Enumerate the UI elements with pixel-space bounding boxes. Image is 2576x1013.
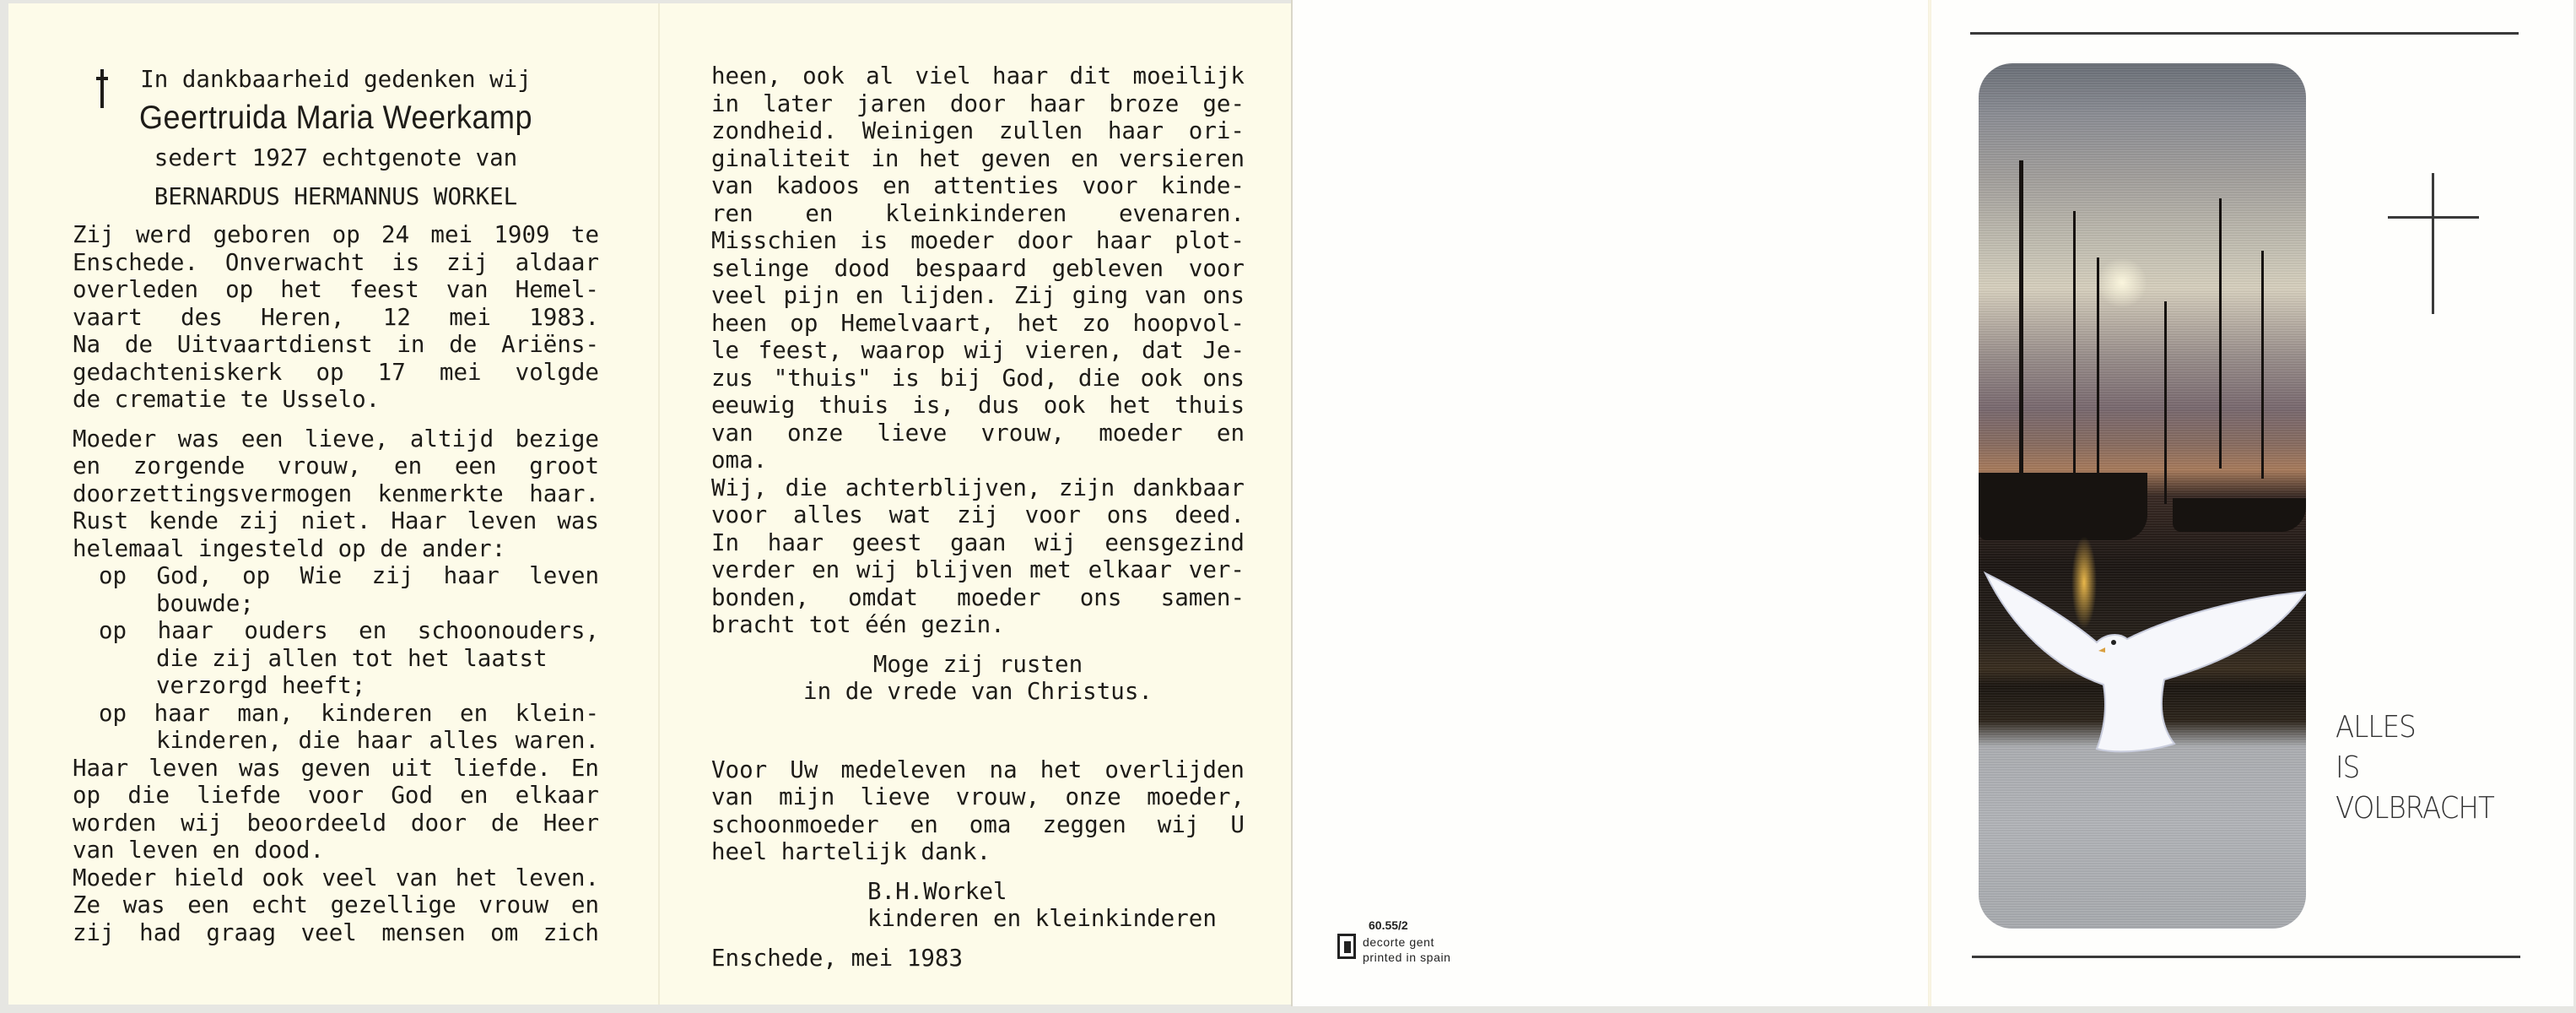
sun: [2097, 257, 2147, 308]
signature-line: kinderen en kleinkinderen: [711, 905, 1245, 933]
boat-hull: [1979, 473, 2147, 540]
text-line: heen op Hemelvaart, het zo hoopvol-: [711, 310, 1245, 338]
list-item-line: op haar man, kinderen en klein-: [73, 700, 599, 728]
mast: [2097, 257, 2099, 477]
text-line: Wij, die achterblijven, zijn dankbaar: [711, 474, 1245, 502]
text-line: heen, ook al viel haar dit moeilijk: [711, 62, 1245, 90]
text-line: verder en wij blijven met elkaar ver-: [711, 556, 1245, 584]
panel-middle-text: heen, ook al viel haar dit moeilijkin la…: [711, 62, 1245, 972]
intro-row: In dankbaarheid gedenken wij: [73, 62, 599, 96]
printer-code: 60.55/2: [1369, 918, 1408, 932]
top-rule: [1970, 32, 2519, 35]
biography-paragraph: Zij werd geboren op 24 mei 1909 teEnsche…: [73, 221, 599, 414]
text-line: le feest, waarop wij vieren, dat Je-: [711, 337, 1245, 365]
text-line: doorzettingsvermogen kenmerkte haar.: [73, 480, 599, 508]
mast: [2073, 211, 2076, 490]
character-paragraph: Moeder was een lieve, altijd bezigeen zo…: [73, 425, 599, 563]
motto-line: VOLBRACHT: [2336, 788, 2494, 829]
list-item-line: kinderen, die haar alles waren.: [73, 727, 599, 755]
text-line: zondheid. Weinigen zullen haar ori-: [711, 117, 1245, 145]
text-line: van mijn lieve vrouw, onze moeder,: [711, 783, 1245, 811]
list-item-line: die zij allen tot het laatst: [73, 645, 599, 673]
motto: ALLES IS VOLBRACHT: [2336, 707, 2494, 829]
list-item-line: op God, op Wie zij haar leven: [73, 562, 599, 590]
text-line: selinge dood bespaard gebleven voor: [711, 255, 1245, 283]
text-line: Ze was een echt gezellige vrouw en: [73, 891, 599, 919]
text-line: heel hartelijk dank.: [711, 838, 1245, 866]
text-line: van leven en dood.: [73, 837, 599, 864]
bottom-rule: [1972, 956, 2520, 958]
text-line: Rust kende zij niet. Haar leven was: [73, 507, 599, 535]
cover-photo: [1979, 63, 2306, 929]
text-line: overleden op het feest van Hemel-: [73, 276, 599, 304]
blessing: Moge zij rustenin de vrede van Christus.: [711, 651, 1245, 706]
text-line: in later jaren door haar broze ge-: [711, 90, 1245, 118]
marriage-line: sedert 1927 echtgenote van: [73, 138, 599, 177]
continuation-paragraph: heen, ook al viel haar dit moeilijkin la…: [711, 62, 1245, 639]
panel-left-text: In dankbaarheid gedenken wij Geertruida …: [73, 62, 599, 946]
signature-line: B.H.Workel: [711, 878, 1245, 906]
list-item-line: bouwde;: [73, 590, 599, 618]
text-line: van onze lieve vrouw, moeder en: [711, 420, 1245, 447]
cross-icon: [2388, 173, 2479, 314]
text-line: veel pijn en lijden. Zij ging van ons: [711, 282, 1245, 310]
devotion-list: op God, op Wie zij haar levenbouwde;op h…: [73, 562, 599, 755]
text-line: worden wij beoordeeld door de Heer: [73, 810, 599, 837]
text-line: schoonmoeder en oma zeggen wij U: [711, 811, 1245, 839]
text-line: en zorgende vrouw, en een groot: [73, 452, 599, 480]
text-line: voor alles wat zij voor ons deed.: [711, 501, 1245, 529]
deceased-name: Geertruida Maria Weerkamp: [73, 95, 599, 140]
text-line: Haar leven was geven uit liefde. En: [73, 755, 599, 783]
intro-text: In dankbaarheid gedenken wij: [140, 66, 532, 93]
mast: [2219, 198, 2222, 469]
boat-hull: [2173, 498, 2306, 532]
mast: [2164, 301, 2167, 504]
text-line: Misschien is moeder door haar plot-: [711, 227, 1245, 255]
text-line: op die liefde voor God en elkaar: [73, 782, 599, 810]
text-line: Na de Uitvaartdienst in de Ariëns-: [73, 331, 599, 359]
text-line: gedachteniskerk op 17 mei volgde: [73, 359, 599, 387]
text-line: ren en kleinkinderen evenaren.: [711, 200, 1245, 228]
text-line: Enschede. Onverwacht is zij aldaar: [73, 249, 599, 277]
thanks-paragraph: Voor Uw medeleven na het overlijdenvan m…: [711, 756, 1245, 866]
printer-origin: printed in spain: [1363, 951, 1451, 964]
text-line: zus "thuis" is bij God, die ook ons: [711, 365, 1245, 393]
signature: B.H.Workelkinderen en kleinkinderen: [711, 878, 1245, 933]
mast: [2019, 160, 2023, 506]
list-item-line: op haar ouders en schoonouders,: [73, 617, 599, 645]
text-line: eeuwig thuis is, dus ook het thuis: [711, 392, 1245, 420]
text-line: helemaal ingesteld op de ander:: [73, 535, 599, 563]
place-date: Enschede, mei 1983: [711, 945, 1245, 972]
motto-line: IS: [2336, 748, 2494, 788]
text-line: van kadoos en attenties voor kinde-: [711, 172, 1245, 200]
printer-name: decorte gent: [1363, 935, 1434, 949]
inner-spread: In dankbaarheid gedenken wij Geertruida …: [8, 3, 1291, 1005]
text-line: Moeder hield ook veel van het leven.: [73, 864, 599, 892]
text-line: zij had graag veel mensen om zich: [73, 919, 599, 947]
text-line: oma.: [711, 447, 1245, 474]
text-line: Voor Uw medeleven na het overlijden: [711, 756, 1245, 784]
text-line: Zij werd geboren op 24 mei 1909 te: [73, 221, 599, 249]
outer-spread: 60.55/2 decorte gent printed in spain AL…: [1291, 0, 2573, 1006]
text-line: In haar geest gaan wij eensgezind: [711, 529, 1245, 557]
text-line: bracht tot één gezin.: [711, 611, 1245, 639]
fold-line: [1928, 0, 1931, 1006]
text-line: Moge zij rusten: [711, 651, 1245, 679]
list-item-line: verzorgd heeft;: [73, 672, 599, 700]
text-line: ginaliteit in het geven en versieren: [711, 145, 1245, 173]
fold-line: [658, 3, 660, 1005]
text-line: bonden, omdat moeder ons samen-: [711, 584, 1245, 612]
text-line: de crematie te Usselo.: [73, 386, 599, 414]
dove-icon: [1979, 561, 2306, 764]
spouse-name: BERNARDUS HERMANNUS WORKEL: [73, 177, 599, 216]
text-line: in de vrede van Christus.: [711, 678, 1245, 706]
mast: [2261, 251, 2264, 479]
printer-logo-icon: [1337, 934, 1356, 959]
text-line: vaart des Heren, 12 mei 1983.: [73, 304, 599, 332]
motto-line: ALLES: [2336, 707, 2494, 748]
text-line: Moeder was een lieve, altijd bezige: [73, 425, 599, 453]
closing-paragraph: Haar leven was geven uit liefde. Enop di…: [73, 755, 599, 947]
